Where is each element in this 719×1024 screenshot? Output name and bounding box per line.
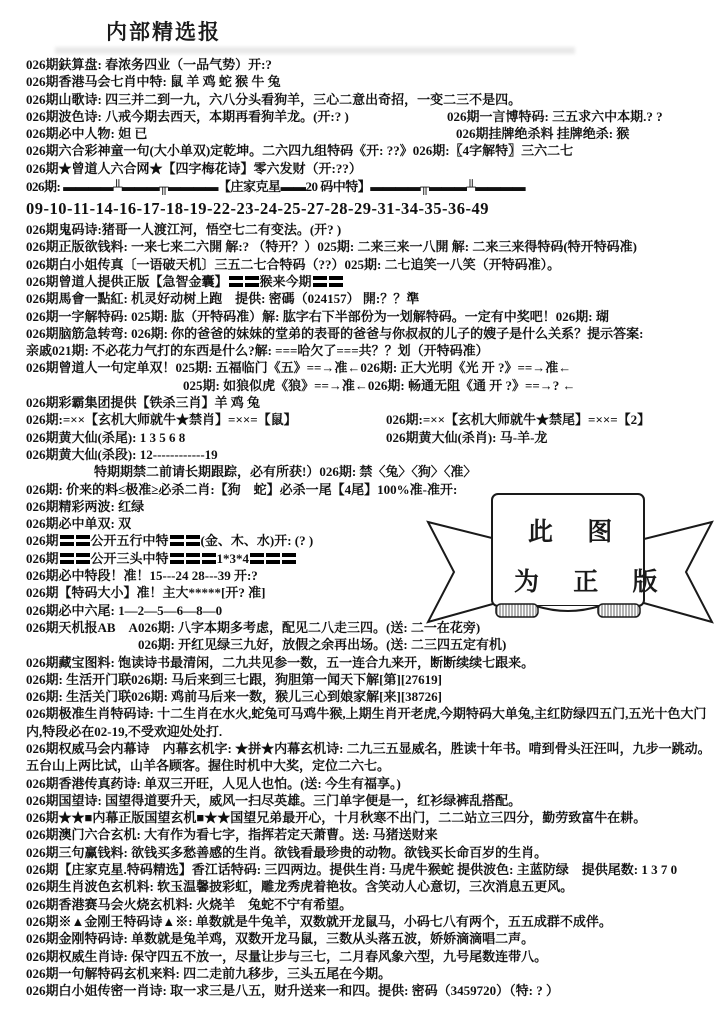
text-line: 026期鈇算盘: 春浓务四业（一品气势）开:? xyxy=(26,56,714,73)
text-line: 026期香港马会七肖中特: 鼠 羊 鸡 蛇 猴 牛 兔 xyxy=(26,73,714,90)
text-line: 026期藏宝图料: 饱读诗书最清闲，二九共见参一数，五一连合九来开，断断续续七跟… xyxy=(26,654,714,671)
double-bar-glyph xyxy=(76,553,90,564)
page-title: 内部精选报 xyxy=(106,16,221,46)
text-line: 025期: 如狼似虎《狼》==→准←026期: 畅通无阻《通 开 ?》==→? … xyxy=(26,377,714,394)
double-bar-glyph xyxy=(266,553,280,564)
text-line-second-column: 026期:=××【玄机大师就牛★禁尾】=××=【2】 xyxy=(386,411,650,428)
double-bar-glyph xyxy=(186,553,200,564)
text-line: 026期生肖波色玄机料: 软玉温馨披彩虹，雕龙秀虎着艳妆。含笑动人心意切，三次消… xyxy=(26,878,714,895)
text-line: 026期三句赢钱料: 欲钱买多愁善感的生肖。欲钱看最珍贵的动物。欲钱买长命百岁的… xyxy=(26,844,714,861)
text-line: 026期波色诗: 八戒今期去西天，本期再看狗羊龙。(开:? )026期一言博特码… xyxy=(26,108,714,125)
text-line: 026期白小姐传真〔一语破天机〕三五二七合特码（??）025期: 二七追笑一八笑… xyxy=(26,256,714,273)
ribbon-graphic: 此 图 为 正 版 xyxy=(424,490,716,632)
text-line: 026期极准生肖特码诗: 十二生肖在水火,蛇兔可马鸡牛猴,上期生肖开老虎,今期特… xyxy=(26,705,714,740)
faded-print-artifact xyxy=(55,47,575,54)
text-line: 026期: 开红见绿三九好，放假之余再出场。(送: 二三四五定有机) xyxy=(26,636,714,653)
double-bar-glyph xyxy=(170,553,184,564)
text-line: 026期六合彩神童一句(大小单双)定乾坤。二六四九组特码《开: ??》026期:… xyxy=(26,142,714,159)
text-line: 026期鬼码诗:猪哥一人渡江河，悟空七二有变法。(开? ) xyxy=(26,221,714,238)
double-bar-glyph xyxy=(282,553,296,564)
text-line: 026期曾道人一句定单双！025期: 五福临门《五》==→准←026期: 正大光… xyxy=(26,359,714,376)
double-bar-glyph xyxy=(76,535,90,546)
text-line: 026期: 生活关门联026期: 鸡前马后来一数，猴儿三心到娘家解[来][387… xyxy=(26,688,714,705)
text-line: 026期★★■内幕正版国望玄机■★★国望兄弟最开心，十月秋寒不出门，二二站立三四… xyxy=(26,809,714,826)
text-line: 026期白小姐传密一肖诗: 取一求三是八五，财升送来一和四。提供: 密码（345… xyxy=(26,982,714,999)
text-line: 026期山歌诗: 四三并二到一九，六八分头看狗羊，三心二意出奇招，一变二三不是四… xyxy=(26,91,714,108)
text-line: 026期一字解特码: 025期: 肱（开特码准）解: 肱字右下半部份为一划解特码… xyxy=(26,308,714,325)
text-line: 026期澳门六合玄机: 大有作为看七字，指挥若定天萧曹。送: 马猪送财来 xyxy=(26,826,714,843)
text-line: 026期黄大仙(杀段): 12------------19 xyxy=(26,446,714,463)
double-bar-glyph xyxy=(170,535,184,546)
text-line: 026期★曾道人六合网★【四字梅花诗】零六发财（开:??） xyxy=(26,160,714,177)
text-line: 026期曾道人提供正版【急智金囊】猴来今期 xyxy=(26,273,714,290)
text-line-second-column: 026期一言博特码: 三五求六中本期.? ? xyxy=(447,108,663,125)
text-line: 026期香港赛马会火烧玄机料: 火烧羊 兔蛇不宁有希望。 xyxy=(26,896,714,913)
ribbon-text-line1: 此 图 xyxy=(528,518,626,546)
text-line: 026期【庄家克星.特码精选】香江话特码: 三四两边。提供生肖: 马虎牛猴蛇 提… xyxy=(26,861,714,878)
text-line: 026期脑筋急转弯: 026期: 你的爸爸的妹妹的堂弟的表哥的爸爸与你叔叔的儿子… xyxy=(26,325,714,342)
text-line: 09-10-11-14-16-17-18-19-22-23-24-25-27-2… xyxy=(26,197,714,221)
double-bar-glyph xyxy=(60,553,74,564)
text-line-second-column: 026期黄大仙(杀肖): 马-羊-龙 xyxy=(386,429,547,446)
ribbon-tail-left xyxy=(428,522,500,622)
text-line: 026期必中人物: 妲 已026期挂牌绝杀料 挂牌绝杀: 猴 xyxy=(26,125,714,142)
text-line: 026期香港传真药诗: 单双三开旺，人见人也怕。(送: 今生有福享。) xyxy=(26,775,714,792)
text-line: 特期期禁二前请长期跟踪，必有所获!）026期: 禁〈兔〉〈狗〉〈准〉 xyxy=(26,463,714,480)
text-line: 026期金刚特码诗: 单数就是兔羊鸡，双数开龙马鼠，三数从头落五波，娇娇滴滴唱二… xyxy=(26,930,714,947)
double-bar-glyph xyxy=(60,535,74,546)
double-bar-glyph xyxy=(229,276,243,287)
text-line: 026期权威生肖诗: 保守四五不放一，尽量让步与三七，二月春风象六型，九号尾数连… xyxy=(26,948,714,965)
double-bar-glyph xyxy=(245,276,259,287)
text-line: 026期正版欲钱料: 一来七来二六開 解:? （特开？）025期: 二来三来一八… xyxy=(26,238,714,255)
text-line: 026期一句解特码玄机来料: 四二走前九移步，三头五尾在今期。 xyxy=(26,965,714,982)
text-line: 026期: 生活开门联026期: 马后来到三七跟，狗胆第一闻天下解[第][276… xyxy=(26,671,714,688)
ribbon-curl-left xyxy=(496,604,538,617)
text-line: 026期彩霸集团提供【铁杀三肖】羊 鸡 兔 xyxy=(26,394,714,411)
text-line: 026期黄大仙(杀尾): 1 3 5 6 8026期黄大仙(杀肖): 马-羊-龙 xyxy=(26,429,714,446)
double-bar-glyph xyxy=(329,276,343,287)
authenticity-ribbon: 此 图 为 正 版 xyxy=(424,490,716,632)
text-line: 026期馬會一點紅: 机灵好动树上跑 提供: 密碼（024157） 開:？？準 xyxy=(26,290,714,307)
double-bar-glyph xyxy=(202,553,216,564)
ribbon-bottom-edge xyxy=(536,606,600,611)
text-line: 026期※▲金刚王特码诗▲※: 单数就是牛兔羊，双数就开龙鼠马，小码七八有两个，… xyxy=(26,913,714,930)
double-bar-glyph xyxy=(313,276,327,287)
text-line: 亲戚021期: 不必花力气打的东西是什么?解: ===哈欠了===共？？划（开特… xyxy=(26,342,714,359)
newspaper-page: 内部精选报 026期鈇算盘: 春浓务四业（一品气势）开:?026期香港马会七肖中… xyxy=(0,0,719,1024)
text-line-second-column: 026期挂牌绝杀料 挂牌绝杀: 猴 xyxy=(456,125,629,142)
double-bar-glyph xyxy=(250,553,264,564)
text-line: 026期: ▬▬▬▬╨▬▬▬╥▬▬▬▬【庄家克星▬▬20 码中特】▬▬▬▬╥▬▬… xyxy=(26,177,714,197)
text-line: 026期:=××【玄机大师就牛★禁肖】=××=【鼠】026期:=××【玄机大师就… xyxy=(26,411,714,428)
double-bar-glyph xyxy=(186,535,200,546)
text-line: 026期权威马会内幕诗 内幕玄机字: ★拼★内幕玄机诗: 二九三五显威名，胜读十… xyxy=(26,740,714,775)
ribbon-text-line2: 为 正 版 xyxy=(514,568,672,596)
ribbon-curl-right xyxy=(598,604,640,617)
text-line: 026期国望诗: 国望得道要升天，威风一扫尽英雄。三门单字便是一，红衫绿裤乱搭配… xyxy=(26,792,714,809)
